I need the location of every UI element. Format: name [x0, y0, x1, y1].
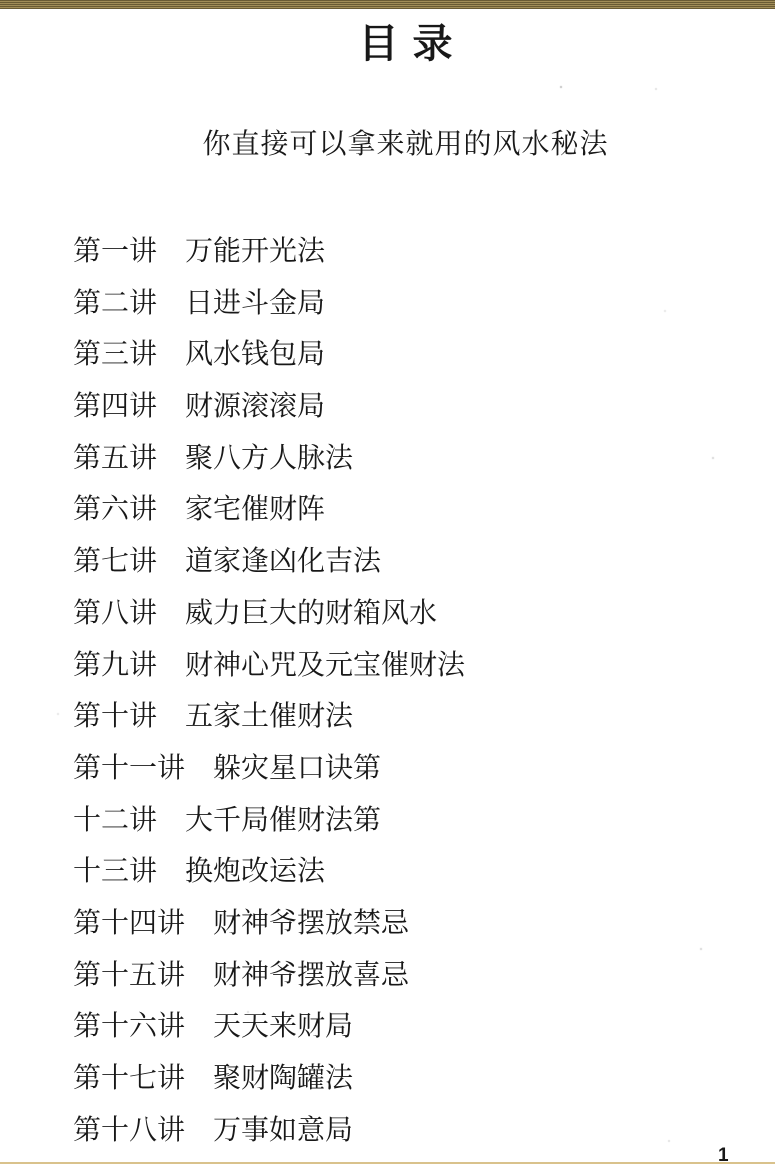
toc-item: 第十七讲 聚财陶罐法: [73, 1053, 465, 1105]
toc-item: 第十一讲 躲灾星口诀第: [73, 743, 465, 795]
bottom-rule-decoration: [0, 1162, 775, 1164]
table-of-contents: 第一讲 万能开光法 第二讲 日进斗金局 第三讲 风水钱包局 第四讲 财源滚滚局 …: [73, 226, 465, 1156]
toc-item: 第六讲 家宅催财阵: [73, 484, 465, 536]
toc-item: 第八讲 威力巨大的财箱风水: [73, 588, 465, 640]
toc-item: 第三讲 风水钱包局: [73, 329, 465, 381]
toc-item: 第四讲 财源滚滚局: [73, 381, 465, 433]
toc-item: 第十讲 五家土催财法: [73, 691, 465, 743]
toc-item: 十三讲 换炮改运法: [73, 846, 465, 898]
toc-item: 第七讲 道家逢凶化吉法: [73, 536, 465, 588]
toc-item: 第十四讲 财神爷摆放禁忌: [73, 898, 465, 950]
toc-item: 第二讲 日进斗金局: [73, 278, 465, 330]
toc-item: 第十五讲 财神爷摆放喜忌: [73, 950, 465, 1002]
toc-item: 第一讲 万能开光法: [73, 226, 465, 278]
toc-item: 第十六讲 天天来财局: [73, 1001, 465, 1053]
top-border-decoration: [0, 0, 775, 9]
toc-item: 第十八讲 万事如意局: [73, 1105, 465, 1157]
toc-item: 第九讲 财神心咒及元宝催财法: [73, 640, 465, 692]
toc-item: 十二讲 大千局催财法第: [73, 795, 465, 847]
page-title: 目录: [25, 12, 775, 69]
toc-item: 第五讲 聚八方人脉法: [73, 433, 465, 485]
document-subtitle: 你直接可以拿来就用的风水秘法: [18, 122, 775, 162]
scanned-page: 目录 你直接可以拿来就用的风水秘法 第一讲 万能开光法 第二讲 日进斗金局 第三…: [0, 0, 775, 1170]
